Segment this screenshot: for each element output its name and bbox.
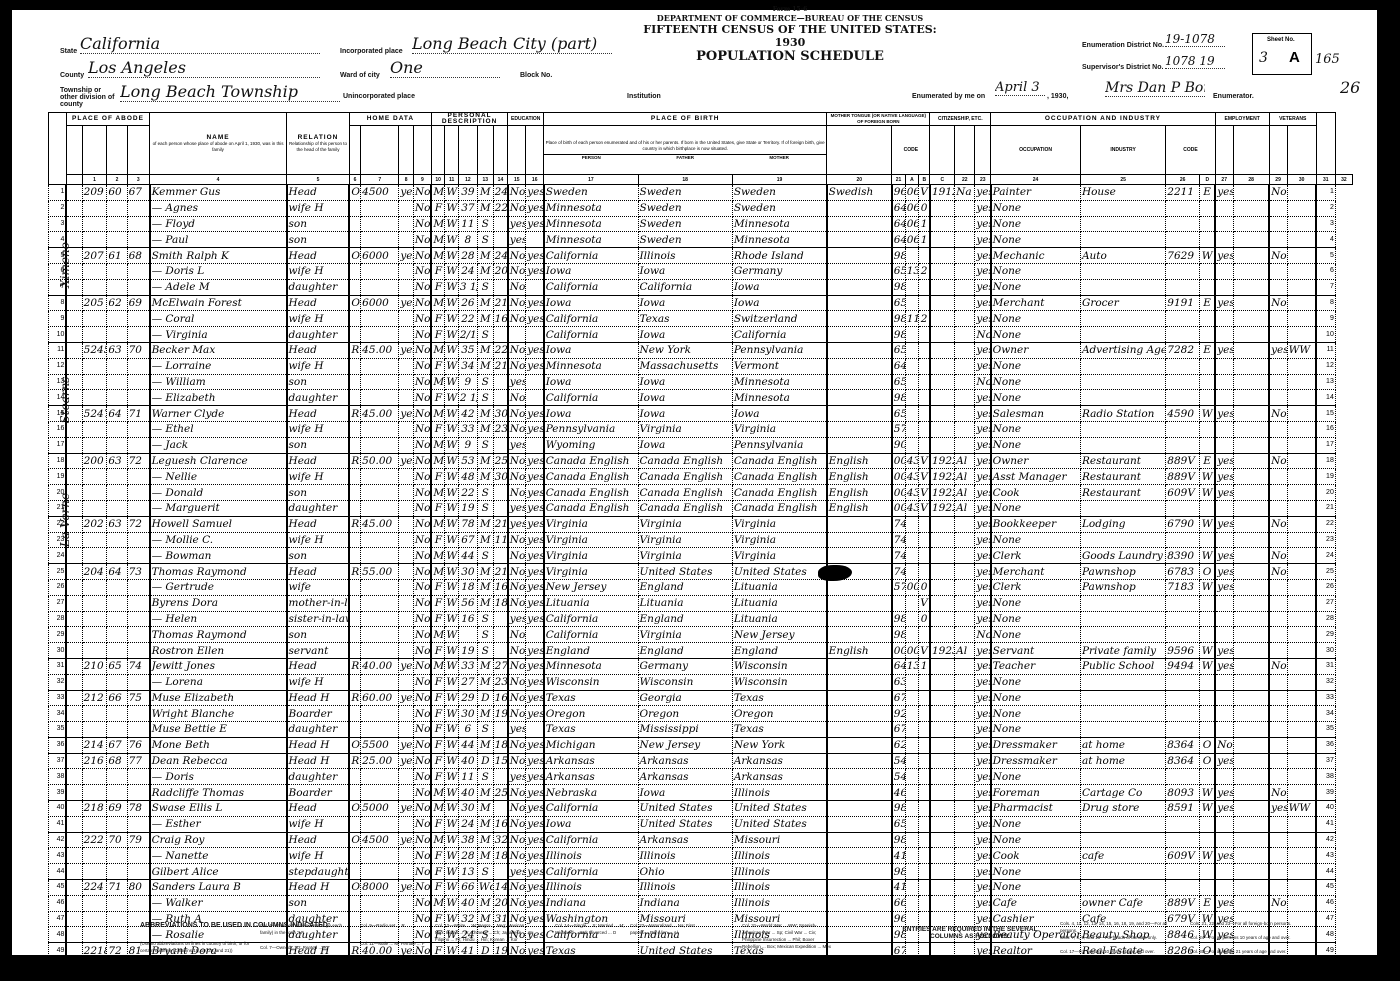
street-name: Ximeno bbox=[58, 195, 72, 335]
tenure-cell bbox=[349, 927, 360, 943]
radio-cell: yes bbox=[399, 880, 414, 896]
war-cell bbox=[1287, 453, 1316, 469]
street-cell bbox=[66, 895, 82, 911]
relation-cell: servant bbox=[287, 643, 350, 659]
street-cell bbox=[66, 816, 82, 832]
birth-person-cell: New Jersey bbox=[544, 579, 638, 595]
sex-cell: F bbox=[431, 263, 444, 279]
code-c-cell bbox=[919, 342, 930, 358]
relation-cell: wife bbox=[287, 579, 350, 595]
immigration-col-header bbox=[930, 126, 955, 175]
race-cell: W bbox=[445, 421, 458, 437]
birth-person-cell: Arkansas bbox=[544, 769, 638, 785]
code-b-cell bbox=[905, 769, 918, 785]
code-a-cell: 64 bbox=[892, 216, 905, 232]
code-a-cell: 54 bbox=[892, 753, 905, 769]
race-cell: W bbox=[445, 674, 458, 690]
employed-cell: yes bbox=[1215, 485, 1233, 501]
farm-cell: No bbox=[413, 769, 431, 785]
code-b-cell: 00 bbox=[905, 579, 918, 595]
code-a-cell: 65 bbox=[892, 263, 905, 279]
age-cell: 42 bbox=[458, 406, 477, 422]
birth-father-cell: Arkansas bbox=[638, 753, 732, 769]
naturalized-cell bbox=[955, 358, 975, 374]
code-c-cell bbox=[919, 374, 930, 390]
name-cell: Thomas Raymond bbox=[150, 564, 287, 580]
class-cell: W bbox=[1199, 848, 1215, 864]
age-marriage-cell: 30 bbox=[493, 406, 508, 422]
birth-person-cell: Indiana bbox=[544, 895, 638, 911]
value-cell: 60.00 bbox=[361, 690, 399, 706]
english-cell: yes bbox=[975, 816, 991, 832]
code-b-cell bbox=[905, 753, 918, 769]
birth-father-cell: Iowa bbox=[638, 327, 732, 343]
birth-mother-cell: Virginia bbox=[732, 421, 826, 437]
immigration-cell bbox=[930, 421, 955, 437]
house-cell bbox=[82, 500, 107, 516]
line-number: 49 bbox=[49, 943, 67, 959]
farm-cell: No bbox=[413, 216, 431, 232]
value-cell bbox=[361, 864, 399, 880]
industry-cell bbox=[1080, 627, 1165, 643]
race-cell: W bbox=[445, 200, 458, 216]
class-cell: W bbox=[1199, 579, 1215, 595]
family-cell: 78 bbox=[127, 801, 149, 817]
code-a-cell: 98 bbox=[892, 390, 905, 406]
family-cell bbox=[127, 532, 149, 548]
dwelling-cell bbox=[107, 485, 127, 501]
house-cell bbox=[82, 358, 107, 374]
veteran-cell bbox=[1269, 816, 1287, 832]
marital-cell: S bbox=[477, 864, 493, 880]
occ-code-cell bbox=[1166, 232, 1200, 248]
race-cell: W bbox=[445, 737, 458, 753]
age-marriage-cell bbox=[493, 279, 508, 295]
table-row: 29Thomas RaymondsonNoMWSNoCaliforniaVirg… bbox=[49, 627, 1353, 643]
war-cell bbox=[1287, 421, 1316, 437]
birth-father-cell: Virginia bbox=[638, 421, 732, 437]
sex-cell: M bbox=[431, 295, 444, 311]
street-cell bbox=[66, 848, 82, 864]
code-b-cell: 06 bbox=[905, 216, 918, 232]
sex-cell: F bbox=[431, 864, 444, 880]
birth-person-cell: Virginia bbox=[544, 516, 638, 532]
immigration-cell bbox=[930, 864, 955, 880]
farm-cell: No bbox=[413, 437, 431, 453]
dwelling-cell bbox=[107, 358, 127, 374]
race-col-header bbox=[445, 126, 458, 175]
value-cell: 45.00 bbox=[361, 516, 399, 532]
column-number: 16 bbox=[526, 175, 544, 185]
radio-cell bbox=[399, 769, 414, 785]
occupation-col-header: OCCUPATION bbox=[991, 126, 1081, 175]
dwelling-cell: 63 bbox=[107, 342, 127, 358]
employed-cell: yes bbox=[1215, 658, 1233, 674]
occupation-cell: Cook bbox=[991, 848, 1081, 864]
tenure-cell bbox=[349, 358, 360, 374]
code-c-cell: 1 bbox=[919, 658, 930, 674]
employed-cell bbox=[1215, 374, 1233, 390]
marital-cell: M bbox=[477, 406, 493, 422]
read-cell: yes bbox=[526, 358, 544, 374]
relation-cell: son bbox=[287, 627, 350, 643]
code-a-cell: 67 bbox=[892, 722, 905, 738]
farm-cell: No bbox=[413, 895, 431, 911]
code-c-cell: V bbox=[919, 643, 930, 659]
name-cell: — Virginia bbox=[150, 327, 287, 343]
radio-cell bbox=[399, 848, 414, 864]
birth-person-cell: California bbox=[544, 279, 638, 295]
read-cell: yes bbox=[526, 200, 544, 216]
veteran-cell bbox=[1269, 437, 1287, 453]
occupation-cell: None bbox=[991, 769, 1081, 785]
code-b-cell: 00 bbox=[905, 643, 918, 659]
school-cell: No bbox=[508, 579, 526, 595]
value-cell: 6000 bbox=[361, 248, 399, 264]
name-cell: Howell Samuel bbox=[150, 516, 287, 532]
immigration-cell: 1912 bbox=[930, 185, 955, 201]
name-cell: Muse Elizabeth bbox=[150, 690, 287, 706]
table-row: 1552476471Warner ClydeHeadR45.00yesNoMW4… bbox=[49, 406, 1353, 422]
english-cell: No bbox=[975, 327, 991, 343]
age-marriage-cell bbox=[493, 216, 508, 232]
sex-cell: M bbox=[431, 216, 444, 232]
employed-cell bbox=[1215, 816, 1233, 832]
name-cell: — Jack bbox=[150, 437, 287, 453]
occupation-cell: None bbox=[991, 263, 1081, 279]
marital-cell: M bbox=[477, 263, 493, 279]
house-cell: 224 bbox=[82, 880, 107, 896]
family-cell bbox=[127, 485, 149, 501]
immigration-cell bbox=[930, 674, 955, 690]
immigration-cell bbox=[930, 753, 955, 769]
house-cell: 218 bbox=[82, 801, 107, 817]
relation-cell: Head bbox=[287, 564, 350, 580]
radio-cell bbox=[399, 437, 414, 453]
class-cell bbox=[1199, 690, 1215, 706]
farm-cell: No bbox=[413, 311, 431, 327]
employed-cell bbox=[1215, 421, 1233, 437]
industry-cell bbox=[1080, 437, 1165, 453]
war-cell bbox=[1287, 548, 1316, 564]
code-a-cell: 98 bbox=[892, 864, 905, 880]
code-b-cell bbox=[905, 737, 918, 753]
line-number: 34 bbox=[49, 706, 67, 722]
house-cell bbox=[82, 327, 107, 343]
street-cell bbox=[66, 627, 82, 643]
value-cell: 45.00 bbox=[361, 342, 399, 358]
line-number: 43 bbox=[49, 848, 67, 864]
employed-cell: yes bbox=[1215, 469, 1233, 485]
birth-father-cell: England bbox=[638, 611, 732, 627]
war-cell bbox=[1287, 658, 1316, 674]
code-a-cell: 90 bbox=[892, 437, 905, 453]
war-cell bbox=[1287, 295, 1316, 311]
code-b-cell: 43 bbox=[905, 453, 918, 469]
birth-father-cell: Iowa bbox=[638, 437, 732, 453]
house-cell: 207 bbox=[82, 248, 107, 264]
veteran-cell bbox=[1269, 832, 1287, 848]
marital-cell: D bbox=[477, 943, 493, 959]
race-cell: W bbox=[445, 658, 458, 674]
occ-code-cell bbox=[1166, 832, 1200, 848]
war-cell bbox=[1287, 816, 1316, 832]
relation-cell: mother-in-law bbox=[287, 595, 350, 611]
right-line-number: 26 bbox=[1316, 579, 1335, 595]
class-cell: E bbox=[1199, 295, 1215, 311]
code-a-cell: 00 bbox=[892, 453, 905, 469]
war-cell bbox=[1287, 848, 1316, 864]
birth-person-cell: England bbox=[544, 643, 638, 659]
occupation-cell: Asst Manager bbox=[991, 469, 1081, 485]
immigration-cell bbox=[930, 216, 955, 232]
birth-father-cell: Sweden bbox=[638, 185, 732, 201]
english-cell: yes bbox=[975, 564, 991, 580]
read-cell bbox=[526, 374, 544, 390]
naturalized-cell bbox=[955, 674, 975, 690]
occupation-cell: None bbox=[991, 327, 1081, 343]
occupation-cell: None bbox=[991, 500, 1081, 516]
naturalized-cell bbox=[955, 216, 975, 232]
table-row: 17— JacksonNoMW9SyesWyomingIowaPennsylva… bbox=[49, 437, 1353, 453]
code-c-cell bbox=[919, 564, 930, 580]
tenure-cell: R bbox=[349, 406, 360, 422]
veteran-cell bbox=[1269, 500, 1287, 516]
age-cell: 44 bbox=[458, 737, 477, 753]
code-a-cell: 96 bbox=[892, 911, 905, 927]
radio-cell bbox=[399, 358, 414, 374]
age-cell: 37 bbox=[458, 200, 477, 216]
birth-person-cell: California bbox=[544, 311, 638, 327]
family-cell: 75 bbox=[127, 690, 149, 706]
column-number: 23 bbox=[975, 175, 991, 185]
code-a-cell: 65 bbox=[892, 816, 905, 832]
employed-cell bbox=[1215, 864, 1233, 880]
age-marriage-cell bbox=[493, 232, 508, 248]
industry-cell bbox=[1080, 595, 1165, 611]
employed-cell: yes bbox=[1215, 959, 1233, 975]
code-b-cell bbox=[905, 911, 918, 927]
house-cell bbox=[82, 532, 107, 548]
tenure-cell bbox=[349, 437, 360, 453]
name-cell: Craig Roy bbox=[150, 832, 287, 848]
right-line-number: 41 bbox=[1316, 816, 1335, 832]
employed-cell bbox=[1215, 611, 1233, 627]
english-cell: yes bbox=[975, 690, 991, 706]
right-line-number: 1 bbox=[1316, 185, 1335, 201]
radio-cell: yes bbox=[399, 801, 414, 817]
class-cell bbox=[1199, 390, 1215, 406]
radio-cell bbox=[399, 816, 414, 832]
dwelling-cell bbox=[107, 769, 127, 785]
marital-cell: S bbox=[477, 216, 493, 232]
value-cell: 6000 bbox=[361, 295, 399, 311]
value-cell: 5000 bbox=[361, 801, 399, 817]
radio-cell: yes bbox=[399, 959, 414, 975]
blank-cell bbox=[1233, 674, 1269, 690]
class-cell bbox=[1199, 611, 1215, 627]
sex-cell: M bbox=[431, 516, 444, 532]
occupation-cell: None bbox=[991, 374, 1081, 390]
sex-cell: M bbox=[431, 658, 444, 674]
marital-cell: M bbox=[477, 706, 493, 722]
marital-cell: D bbox=[477, 753, 493, 769]
birth-person-cell: Minnesota bbox=[544, 232, 638, 248]
house-cell bbox=[82, 311, 107, 327]
tongue-cell bbox=[827, 959, 892, 975]
marital-cell: M bbox=[477, 737, 493, 753]
immigration-cell: 1922 bbox=[930, 485, 955, 501]
tenure-cell: O bbox=[349, 880, 360, 896]
code-a-cell: 98 bbox=[892, 959, 905, 975]
tongue-cell bbox=[827, 595, 892, 611]
street-cell bbox=[66, 959, 82, 975]
township-value: Long Beach Township bbox=[120, 82, 340, 102]
sex-cell: F bbox=[431, 848, 444, 864]
birth-father-cell: Sweden bbox=[638, 232, 732, 248]
occupation-cell: Teacher bbox=[991, 658, 1081, 674]
sheet-side: A bbox=[1289, 49, 1300, 66]
col22-note: Col. 22—Naturalized ... Na; First papers… bbox=[630, 922, 700, 936]
right-line-number: 31 bbox=[1316, 658, 1335, 674]
enumeration-district-value: 19-1078 bbox=[1165, 32, 1225, 47]
age-marriage-cell: 18 bbox=[493, 848, 508, 864]
age-marriage-cell bbox=[493, 437, 508, 453]
sex-cell: F bbox=[431, 706, 444, 722]
code-b-cell bbox=[905, 880, 918, 896]
industry-cell: Restaurant bbox=[1080, 469, 1165, 485]
immigration-cell bbox=[930, 832, 955, 848]
age-cell: 13 bbox=[458, 864, 477, 880]
table-row: 7— Adele MdaughterNoFW3 1/12SNoCaliforni… bbox=[49, 279, 1353, 295]
name-cell: — Floyd bbox=[150, 216, 287, 232]
tongue-cell bbox=[827, 327, 892, 343]
farm-cell: No bbox=[413, 848, 431, 864]
enumerator-name: Mrs Dan P Bone bbox=[1105, 80, 1205, 97]
read-cell: yes bbox=[526, 769, 544, 785]
class-cell: W bbox=[1199, 485, 1215, 501]
school-cell: No bbox=[508, 706, 526, 722]
birth-person-cell: California bbox=[544, 801, 638, 817]
veteran-cell: No bbox=[1269, 248, 1287, 264]
column-number: A bbox=[905, 175, 918, 185]
occupation-cell: Owner bbox=[991, 453, 1081, 469]
birth-person-cell: Lituania bbox=[544, 595, 638, 611]
naturalized-cell bbox=[955, 832, 975, 848]
marital-cell: M bbox=[477, 532, 493, 548]
relation-header: RELATIONRelationship of this person to t… bbox=[287, 113, 350, 175]
code-c-cell: V bbox=[919, 453, 930, 469]
code-c-cell bbox=[919, 437, 930, 453]
english-cell: yes bbox=[975, 943, 991, 959]
line-number: 30 bbox=[49, 643, 67, 659]
column-number: 29 bbox=[1269, 175, 1287, 185]
code-a-cell: 74 bbox=[892, 548, 905, 564]
table-row: 332126675Muse ElizabethHead HR60.00yesNo… bbox=[49, 690, 1353, 706]
employed-cell: yes bbox=[1215, 248, 1233, 264]
value-cell bbox=[361, 706, 399, 722]
class-cell bbox=[1199, 232, 1215, 248]
birth-mother-cell: England bbox=[732, 643, 826, 659]
age-marriage-cell bbox=[493, 864, 508, 880]
school-cell: No bbox=[508, 295, 526, 311]
school-cell: No bbox=[508, 643, 526, 659]
code-a-cell: 98 bbox=[892, 327, 905, 343]
naturalized-cell: Al bbox=[955, 500, 975, 516]
war-cell bbox=[1287, 643, 1316, 659]
marital-cell: M bbox=[477, 342, 493, 358]
family-cell bbox=[127, 421, 149, 437]
occ-code-cell bbox=[1166, 532, 1200, 548]
family-cell bbox=[127, 627, 149, 643]
code-c-cell: 0 bbox=[919, 200, 930, 216]
blank-cell bbox=[1233, 548, 1269, 564]
tongue-cell bbox=[827, 548, 892, 564]
occupation-cell: None bbox=[991, 706, 1081, 722]
veteran-cell: No bbox=[1269, 185, 1287, 201]
marital-cell: S bbox=[477, 643, 493, 659]
naturalized-cell bbox=[955, 595, 975, 611]
sex-cell: M bbox=[431, 832, 444, 848]
occupation-cell: None bbox=[991, 279, 1081, 295]
marital-cell: M bbox=[477, 200, 493, 216]
race-cell: W bbox=[445, 485, 458, 501]
value-cell bbox=[361, 674, 399, 690]
tongue-cell bbox=[827, 248, 892, 264]
name-cell: Muse Bettie E bbox=[150, 722, 287, 738]
war-cell bbox=[1287, 611, 1316, 627]
value-cell bbox=[361, 279, 399, 295]
occ-code-cell bbox=[1166, 627, 1200, 643]
right-line-number: 44 bbox=[1316, 864, 1335, 880]
required-note-1: Cols. 4, 11, 12, 13, 14, 15, 16, 18, 19,… bbox=[1060, 920, 1180, 934]
read-col-header bbox=[526, 126, 544, 175]
veteran-cell bbox=[1269, 722, 1287, 738]
code-c-cell bbox=[919, 785, 930, 801]
relation-cell: daughter bbox=[287, 769, 350, 785]
employed-cell bbox=[1215, 500, 1233, 516]
relation-cell: Head bbox=[287, 406, 350, 422]
immigration-cell bbox=[930, 374, 955, 390]
race-cell: W bbox=[445, 895, 458, 911]
code-b-cell bbox=[905, 295, 918, 311]
birth-mother-cell: Switzerland bbox=[732, 311, 826, 327]
school-cell: No bbox=[508, 816, 526, 832]
birth-mother-cell: Texas bbox=[732, 722, 826, 738]
code-a-cell: 63 bbox=[892, 674, 905, 690]
code-c-cell: V bbox=[919, 500, 930, 516]
war-cell bbox=[1287, 722, 1316, 738]
code-a-cell: 98 bbox=[892, 627, 905, 643]
birth-mother-cell: United States bbox=[732, 816, 826, 832]
incorporated-value: Long Beach City (part) bbox=[412, 34, 612, 54]
blank-cell bbox=[1233, 216, 1269, 232]
age-cell: 29 bbox=[458, 690, 477, 706]
age-marriage-cell bbox=[493, 500, 508, 516]
occ-code-cell: 9494 bbox=[1166, 658, 1200, 674]
occ-code-cell bbox=[1166, 674, 1200, 690]
dwelling-cell: 72 bbox=[107, 943, 127, 959]
birth-person-cell: Canada English bbox=[544, 469, 638, 485]
employed-cell bbox=[1215, 200, 1233, 216]
blank-cell bbox=[1233, 722, 1269, 738]
age-marriage-cell: 16 bbox=[493, 690, 508, 706]
tongue-cell bbox=[827, 832, 892, 848]
farm-cell: No bbox=[413, 390, 431, 406]
radio-cell bbox=[399, 611, 414, 627]
mother-tongue-header: MOTHER TONGUE (OR NATIVE LANGUAGE) OF FO… bbox=[827, 113, 930, 126]
code-c-cell: 1 bbox=[919, 216, 930, 232]
